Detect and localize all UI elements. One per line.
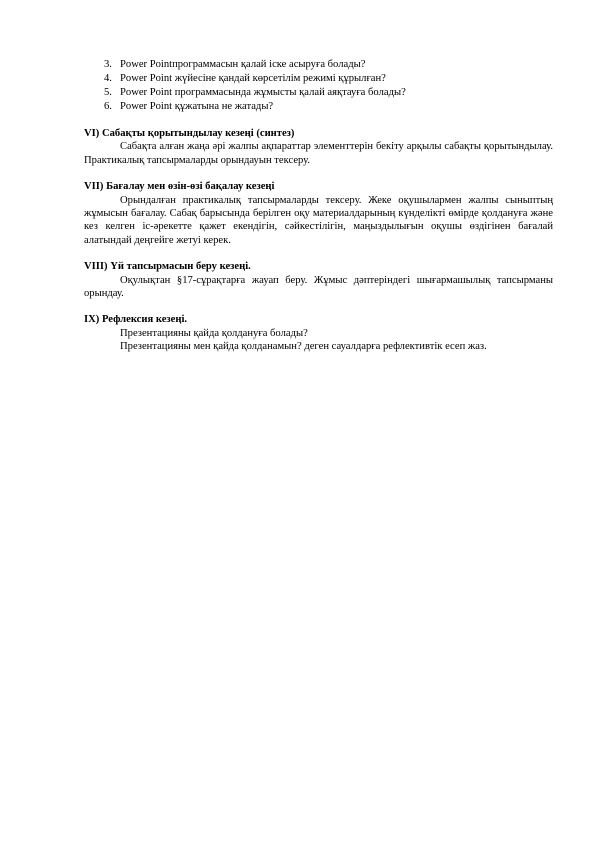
section-paragraph: Орындалған практикалық тапсырмаларды тек… [84, 194, 553, 248]
section-paragraph: Сабақта алған жаңа әрі жалпы ақпараттар … [84, 140, 553, 167]
list-item-number: 6. [104, 100, 112, 113]
paragraph-text: Оқулықтан §17-сұрақтарға жауап беру. Жұм… [84, 275, 553, 299]
reflection-line: Презентацияны қайда қолдануға болады? [84, 327, 553, 340]
section-paragraph: Оқулықтан §17-сұрақтарға жауап беру. Жұм… [84, 274, 553, 301]
list-item-number: 5. [104, 86, 112, 99]
list-item: 6. Power Point құжатына не жатады? [84, 100, 553, 114]
list-item: 3. Power Pointпрограммасын қалай іске ас… [84, 58, 553, 72]
list-item: 4. Power Point жүйесіне қандай көрсетілі… [84, 72, 553, 86]
list-item-text: Power Pointпрограммасын қалай іске асыру… [120, 59, 365, 70]
section-synthesis: VI) Сабақты қорытындылау кезеңі (синтез)… [84, 127, 553, 167]
reflection-line: Презентацияны мен қайда қолданамын? деге… [84, 340, 553, 353]
section-heading: VIII) Үй тапсырмасын беру кезеңі. [84, 260, 553, 273]
document-page: 3. Power Pointпрограммасын қалай іске ас… [0, 0, 595, 842]
section-heading: VII) Бағалау мен өзін-өзі бақалау кезеңі [84, 180, 553, 193]
list-item-text: Power Point құжатына не жатады? [120, 101, 273, 112]
paragraph-text: Сабақта алған жаңа әрі жалпы ақпараттар … [84, 141, 553, 165]
section-homework: VIII) Үй тапсырмасын беру кезеңі. Оқулық… [84, 260, 553, 300]
section-reflection: IX) Рефлексия кезеңі. Презентацияны қайд… [84, 313, 553, 353]
section-assessment: VII) Бағалау мен өзін-өзі бақалау кезеңі… [84, 180, 553, 247]
list-item-text: Power Point программасында жұмысты қалай… [120, 87, 406, 98]
list-item-number: 3. [104, 58, 112, 71]
page-content: 3. Power Pointпрограммасын қалай іске ас… [84, 58, 553, 354]
list-item-number: 4. [104, 72, 112, 85]
list-item: 5. Power Point программасында жұмысты қа… [84, 86, 553, 100]
paragraph-text: Орындалған практикалық тапсырмаларды тек… [84, 195, 553, 246]
section-heading: VI) Сабақты қорытындылау кезеңі (синтез) [84, 127, 553, 140]
question-list: 3. Power Pointпрограммасын қалай іске ас… [84, 58, 553, 114]
list-item-text: Power Point жүйесіне қандай көрсетілім р… [120, 73, 386, 84]
section-heading: IX) Рефлексия кезеңі. [84, 313, 553, 326]
